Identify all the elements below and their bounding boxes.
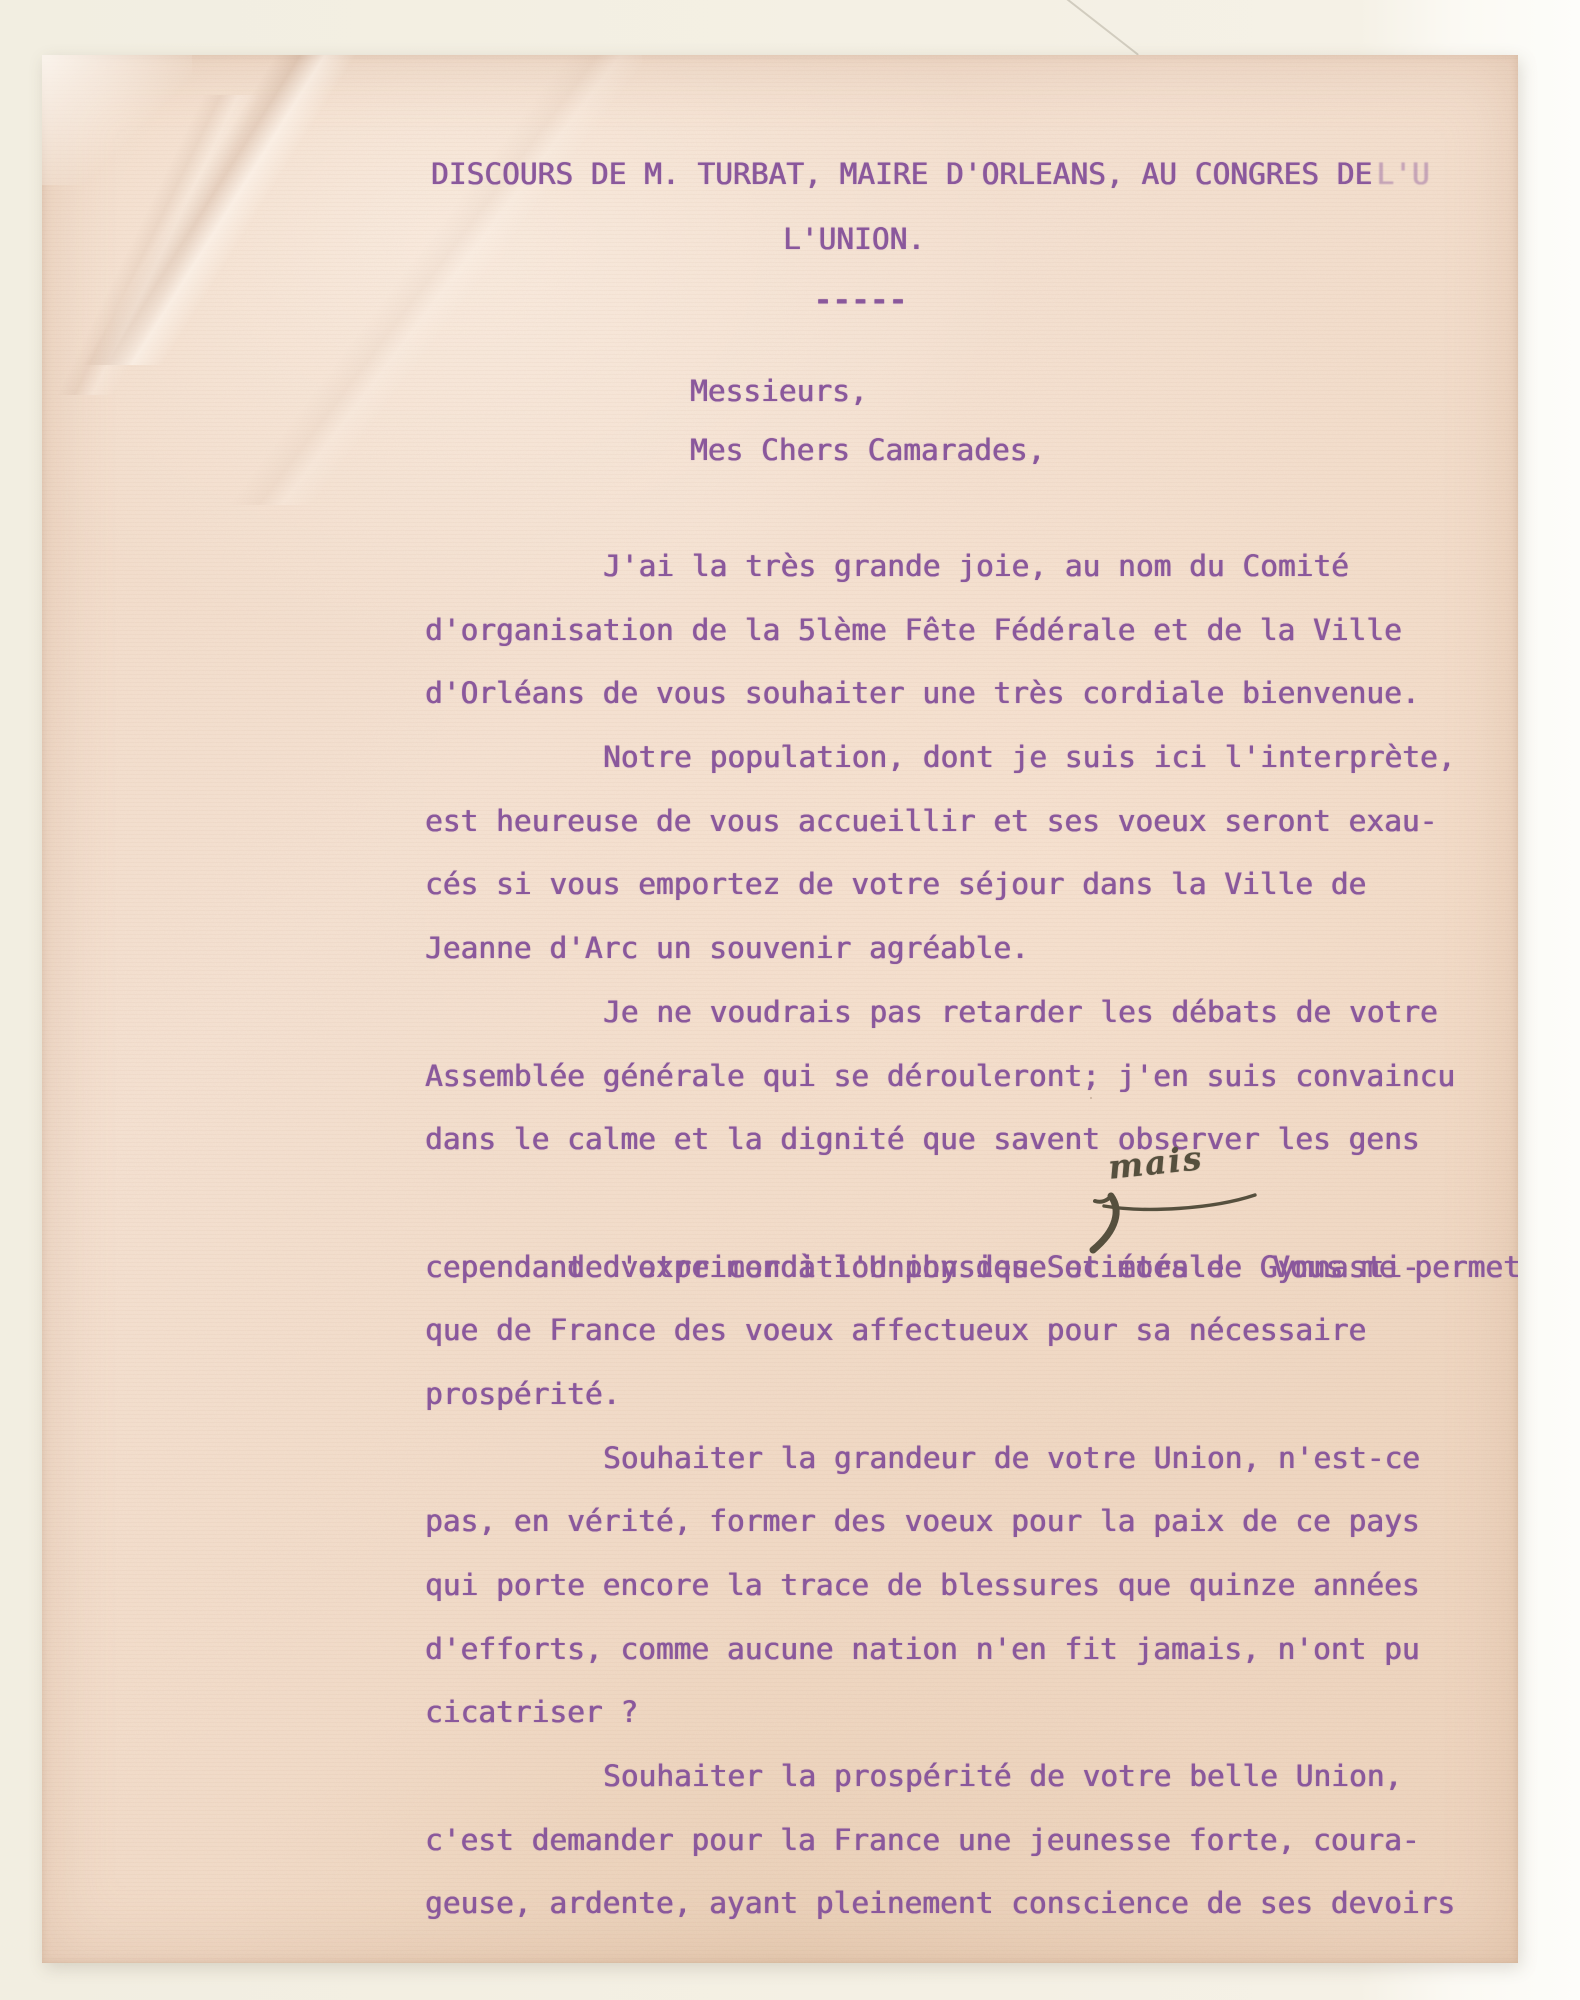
text-line: Assemblée générale qui se dérouleront; j… (425, 1045, 1515, 1109)
title-ghost-text: L'U (1376, 157, 1429, 191)
text-line: que de France des voeux affectueux pour … (425, 1299, 1515, 1363)
speech-body: J'ai la très grande joie, au nom du Comi… (425, 535, 1515, 1936)
salutation-line: Mes Chers Camarades, (690, 433, 1045, 467)
text-line: prospérité. (425, 1363, 1515, 1427)
document-page: DISCOURS DE M. TURBAT, MAIRE D'ORLEANS, … (42, 55, 1518, 1963)
text-line: pas, en vérité, former des voeux pour la… (425, 1490, 1515, 1554)
scan-background: DISCOURS DE M. TURBAT, MAIRE D'ORLEANS, … (0, 0, 1580, 2000)
document-title-line2: L'UNION. (783, 222, 925, 256)
title-separator-dashes: ----- (814, 283, 908, 317)
text-line: qui porte encore la trace de blessures q… (425, 1554, 1515, 1618)
salutation-line: Messieurs, (690, 374, 868, 408)
handwritten-annotation: mais (1107, 1141, 1205, 1184)
corner-fold (42, 55, 192, 185)
text-line: Je ne voudrais pas retarder les débats d… (425, 981, 1515, 1045)
text-line: cicatriser ? (425, 1681, 1515, 1745)
text-line: J'ai la très grande joie, au nom du Comi… (425, 535, 1515, 599)
text-line: dans le calme et la dignité que savent o… (425, 1108, 1515, 1172)
paper-crease (222, 55, 642, 505)
text-segment: de votre condition physique et morale (567, 1250, 1224, 1284)
text-line: d'organisation de la 5lème Fête Fédérale… (425, 599, 1515, 663)
text-line: d'efforts, comme aucune nation n'en fit … (425, 1618, 1515, 1682)
text-line: est heureuse de vous accueillir et ses v… (425, 790, 1515, 854)
text-line: c'est demander pour la France une jeunes… (425, 1809, 1515, 1873)
annotation-underline (1101, 1188, 1261, 1214)
margin-scratch (1051, 0, 1139, 56)
text-line: d'Orléans de vous souhaiter une très cor… (425, 662, 1515, 726)
text-line: cés si vous emportez de votre séjour dan… (425, 853, 1515, 917)
insertion-caret-mark (1085, 1192, 1125, 1256)
text-line: Notre population, dont je suis ici l'int… (425, 726, 1515, 790)
text-line: Souhaiter la grandeur de votre Union, n'… (425, 1427, 1515, 1491)
annotated-text-line: de votre condition physique et moraleVou… (425, 1172, 1515, 1236)
text-line: Jeanne d'Arc un souvenir agréable. (425, 917, 1515, 981)
document-title-line1: DISCOURS DE M. TURBAT, MAIRE D'ORLEANS, … (431, 157, 1430, 191)
title-text: DISCOURS DE M. TURBAT, MAIRE D'ORLEANS, … (431, 157, 1372, 191)
text-segment: Vous me permettrez (1272, 1250, 1518, 1284)
text-line: Souhaiter la prospérité de votre belle U… (425, 1745, 1515, 1809)
text-line: geuse, ardente, ayant pleinement conscie… (425, 1872, 1515, 1936)
